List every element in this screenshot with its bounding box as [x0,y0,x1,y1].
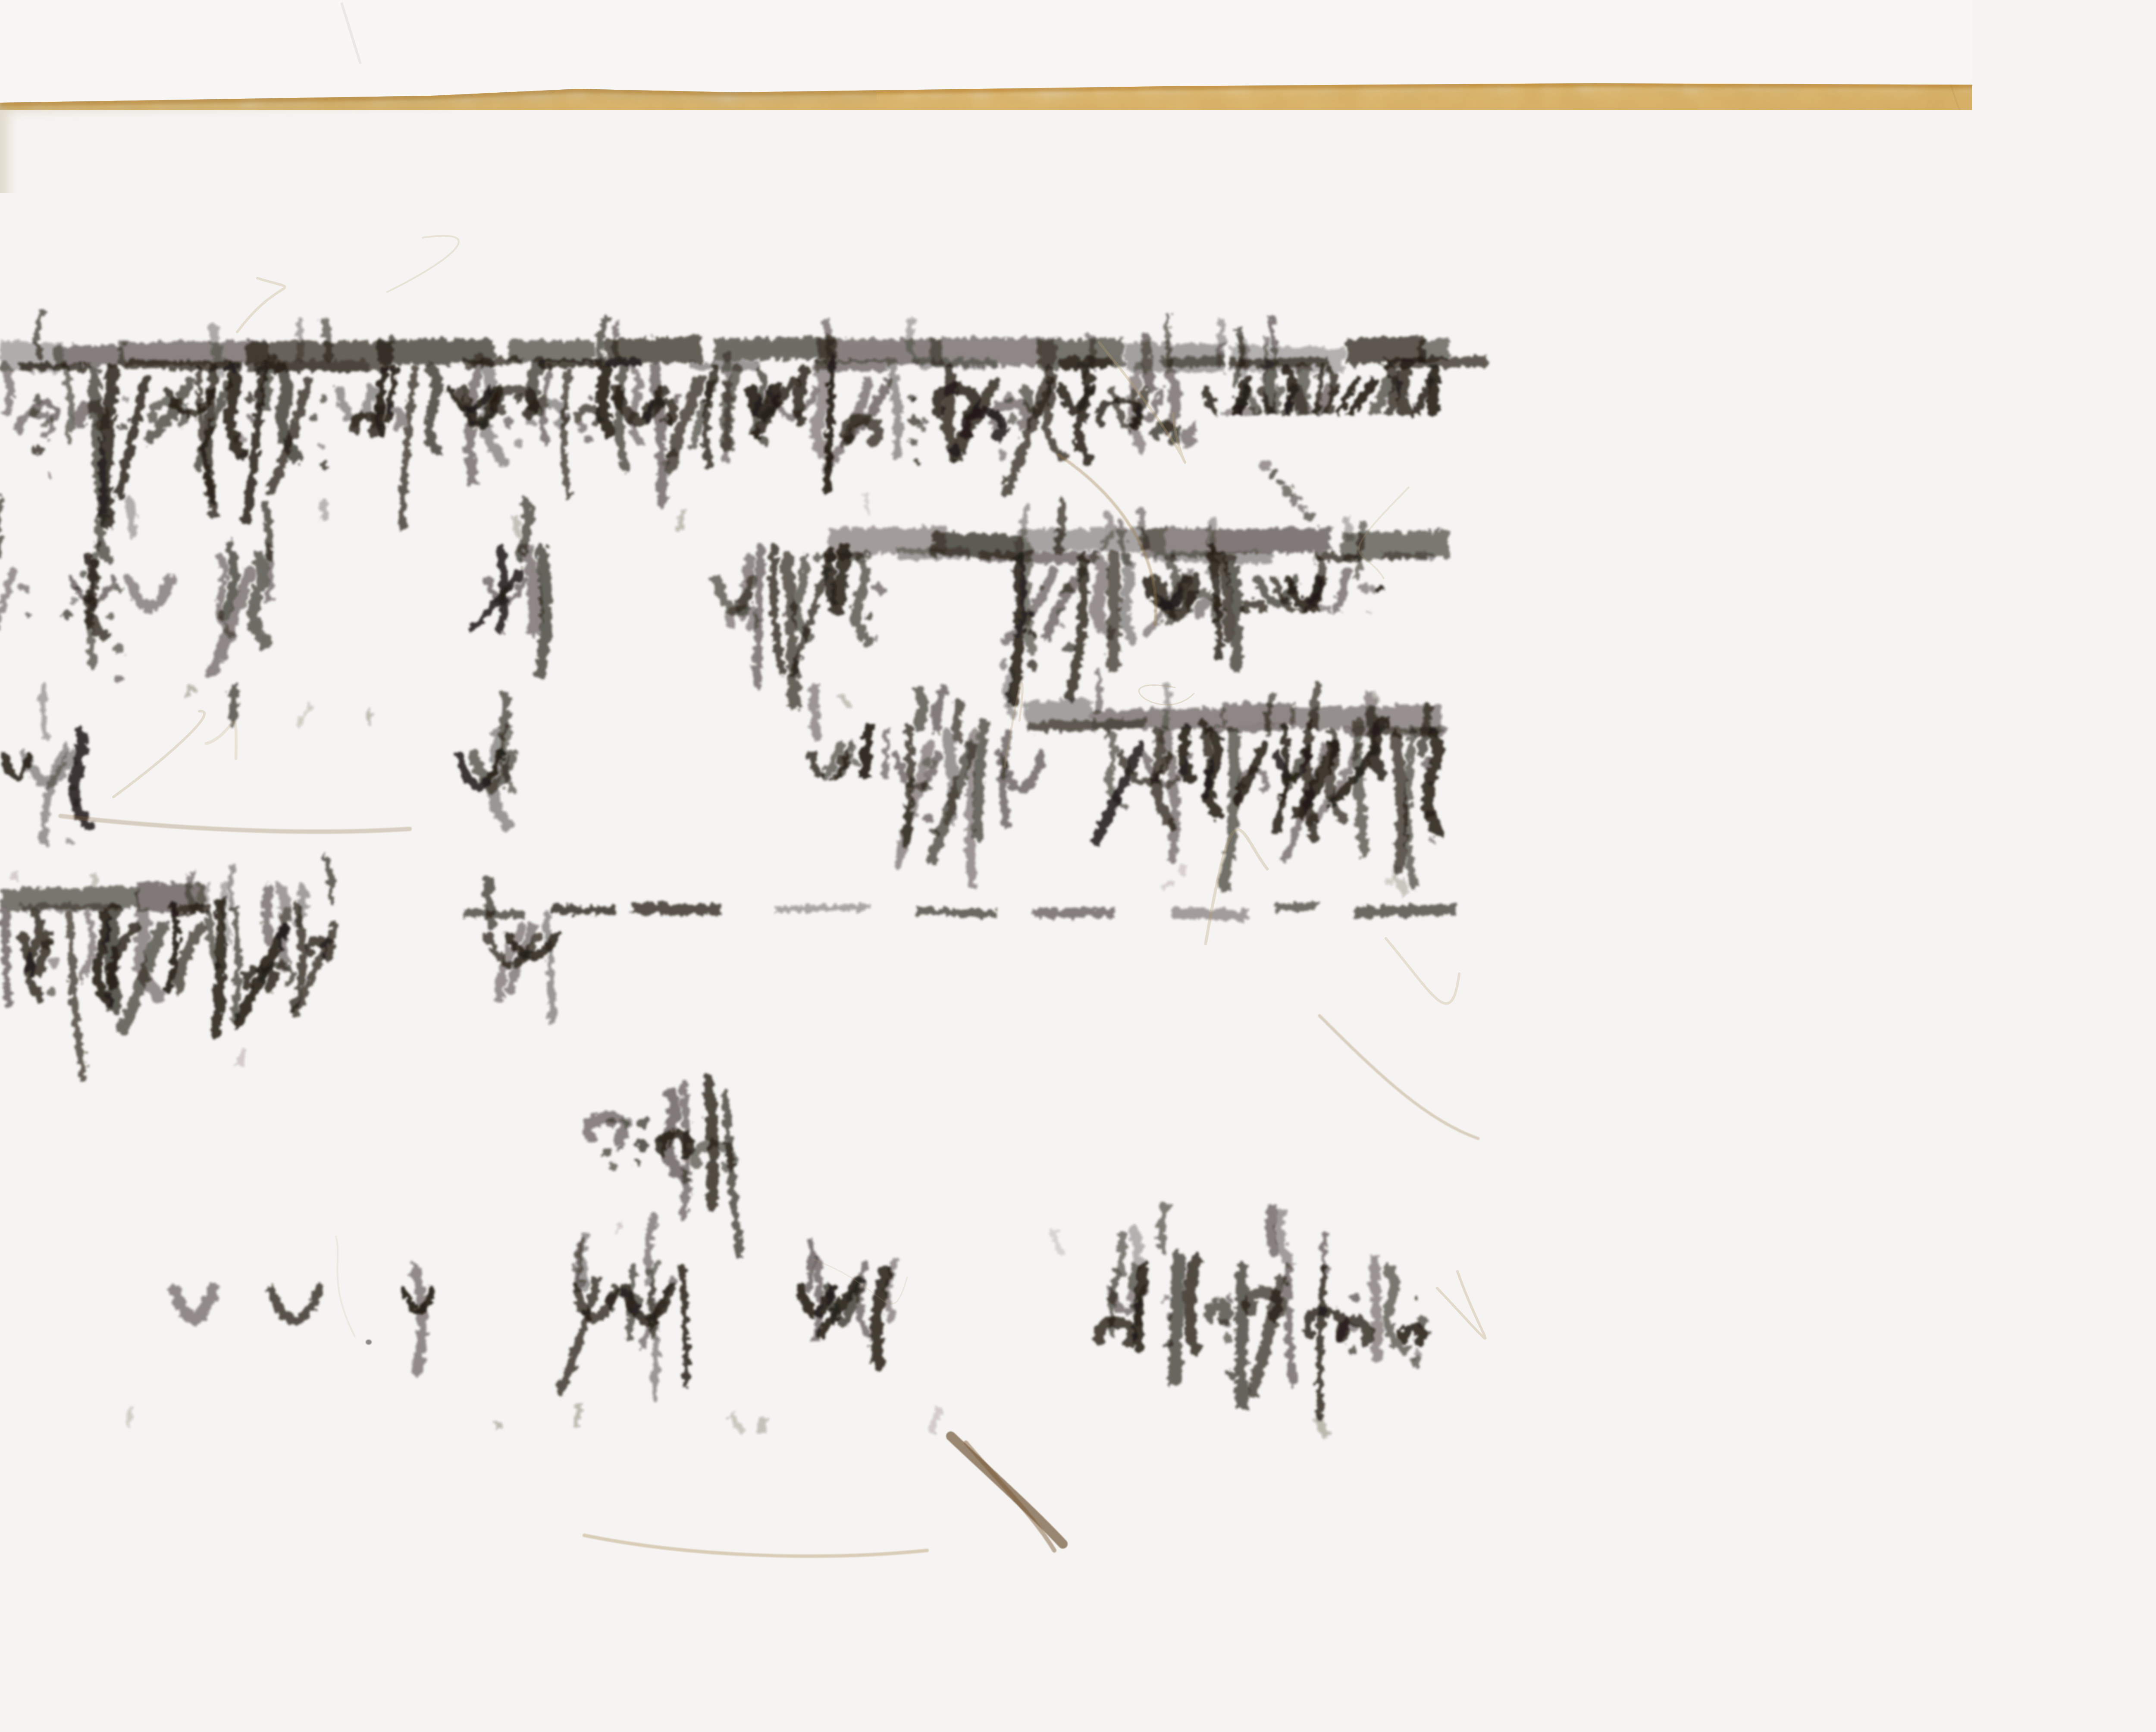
headline-segment [1418,349,1449,352]
glyph-dot [392,809,398,815]
glyph-dot [1428,836,1435,843]
glyph-dot [1007,1294,1014,1301]
stray-mark [94,874,94,888]
glyph-dot [424,958,434,967]
glyph-dot [1227,1370,1236,1379]
speck [1842,493,1853,502]
stray-mark [1182,864,1183,875]
glyph-dot [1009,1311,1016,1319]
glyph-ascender [677,677,683,719]
glyph-ascender [667,530,672,577]
glyph-stroke [757,547,760,684]
glyph-stroke [264,731,265,782]
headline-core [1028,724,1144,727]
glyph-dot [147,1294,154,1302]
glyph-dot [1442,648,1451,656]
headline-segment [233,1078,353,1082]
headline-segment [1290,718,1376,719]
headline-segment [199,894,270,896]
glyph-dot [1225,1334,1233,1343]
glyph-ascender [934,1042,936,1091]
glyph-dot [1220,1317,1231,1327]
headline-segment [1289,902,1398,902]
headline-segment [761,717,893,722]
glyph-dot [1008,414,1018,425]
headline-core [914,363,995,364]
glyph-dot [549,1383,556,1390]
headline-core [1426,1087,1510,1089]
stray-mark [576,1403,580,1429]
glyph-dot [157,1355,164,1362]
headline-core [124,364,241,366]
glyph-stroke [1395,736,1402,869]
glyph-dot [1349,1347,1355,1353]
headline-segment [1028,898,1088,899]
glyph-dot [814,1138,824,1148]
glyph-ascender [886,1065,889,1110]
headline-segment [508,351,594,351]
trail-dot [1276,479,1284,486]
glyph-dot [349,846,358,856]
glyph-stroke [1189,1260,1195,1349]
glyph-stroke [1404,546,1409,623]
glyph-stroke [592,733,597,893]
headline-segment [1390,897,1442,899]
headline-core [339,1262,389,1265]
glyph-dot [34,394,42,403]
headline-core [582,1090,626,1090]
glyph-dot [1000,660,1008,669]
headline-segment [257,718,354,721]
glyph-dot [909,439,915,446]
stray-mark [497,1421,499,1430]
glyph-ascender [765,857,770,899]
glyph-stroke [299,1264,302,1398]
glyph-stroke [472,1096,476,1148]
glyph-dot [756,939,766,949]
glyph-dot [1225,1294,1233,1302]
glyph-dot [639,1118,649,1128]
glyph-ascender [670,888,674,940]
glyph-dot [1029,630,1036,637]
glyph-dot [801,970,806,975]
glyph-dot [515,440,523,448]
glyph-dot [1352,1136,1363,1146]
glyph-dot [546,759,554,767]
headline-segment [829,540,946,541]
glyph-dot [1442,584,1451,593]
glyph-ascender [128,499,133,535]
manuscript-photograph [0,0,2156,1732]
glyph-ascender [254,709,257,746]
glyph-dot [873,635,879,641]
glyph-stroke [433,733,438,879]
trail-dot [1841,272,1850,280]
headline-core [1427,1265,1532,1267]
glyph-ascender [446,510,448,559]
trail-dot [1297,504,1305,511]
glyph-dot [914,396,919,401]
glyph-dot [546,1292,557,1303]
glyph-dot [393,1312,403,1322]
glyph-dot [351,1320,360,1328]
glyph-stroke [708,1082,713,1206]
glyph-dot [694,999,705,1010]
glyph-dot [850,758,859,768]
frame-rule [1570,280,1680,281]
glyph-ascender [693,515,697,560]
glyph-stroke [447,729,451,858]
trail-dot [1830,264,1836,270]
glyph-dot [114,584,122,592]
glyph-ascender [849,885,855,941]
glyph-dot [1046,998,1051,1003]
glyph-ascender [753,689,758,738]
glyph-dot [585,436,591,442]
glyph-ascender [324,323,329,360]
headline-segment [494,900,602,902]
glyph-ascender [57,508,61,552]
glyph-dot [387,1337,395,1346]
glyph-dot [549,1347,555,1353]
stray-mark [1333,496,1333,515]
glyph-stroke [1138,1267,1144,1349]
glyph-dot [366,996,376,1005]
glyph-stroke [941,1090,945,1194]
glyph-dot [1329,1202,1337,1210]
glyph-stroke [1045,1082,1050,1202]
glyph-ascender [712,1228,716,1280]
headline-core [464,361,523,364]
glyph-dot [21,584,30,593]
glyph-dot [119,423,125,430]
glyph-dot [387,1119,395,1127]
headline-segment [1210,540,1331,542]
glyph-ascender [618,889,622,934]
glyph-stroke [958,903,963,962]
frame-rule [1565,1391,1718,1394]
glyph-dot [697,939,707,949]
glyph-dot [1231,1119,1239,1127]
glyph-ascender [503,695,506,736]
glyph-stroke [1242,1268,1243,1411]
glyph-ascender [809,1242,812,1287]
trail-dot [1288,493,1300,505]
glyph-ascender [536,1045,540,1095]
glyph-dot [1336,978,1344,987]
glyph-stroke [613,722,614,844]
glyph-dot [345,1343,351,1349]
glyph-dot [123,395,130,402]
trail-dot [1817,255,1824,263]
glyph-dot [1438,614,1444,620]
glyph-dot [1366,610,1373,618]
glyph-dot [635,816,645,826]
glyph-ascender [918,689,923,725]
glyph-dot [672,394,682,403]
glyph-dot [217,1142,225,1149]
glyph-dot [577,421,588,433]
glyph-dot [46,987,55,996]
glyph-stroke [1125,558,1132,638]
glyph-stroke [865,1092,872,1141]
stray-mark [1376,692,1376,704]
glyph-dot [602,1147,612,1157]
glyph-dot [538,784,545,791]
headline-segment [0,897,139,900]
trail-dot [1303,510,1314,521]
trail-dot [80,571,87,577]
glyph-ascender [1141,511,1146,547]
glyph-dot [514,394,523,403]
glyph-ascender [998,1215,1003,1265]
glyph-dot [247,394,255,403]
glyph-dot [913,459,919,465]
frame-rule [1570,1427,1718,1430]
frame-rule [0,281,1570,291]
speck [1313,1619,1318,1624]
trail-dot [75,585,81,591]
glyph-dot [633,1159,640,1166]
glyph-dot [1359,583,1369,593]
glyph-stroke [789,724,790,857]
glyph-ascender [1122,1235,1123,1274]
headline-segment [0,355,63,359]
headline-segment [98,546,207,547]
glyph-ascender [762,1241,766,1283]
glyph-dot [311,412,319,420]
glyph-stroke [1374,1261,1377,1357]
glyph-dot [1330,940,1338,948]
frame-rule [1565,235,1682,236]
manuscript-photo-svg [0,0,2156,1732]
glyph-dot [806,941,812,947]
trail-dot [1269,470,1277,478]
glyph-stroke [301,1095,307,1174]
glyph-ascender [213,329,219,373]
glyph-dot [1351,1293,1361,1302]
headline-core [552,909,615,911]
glyph-ascender [43,687,47,737]
glyph-stroke [1058,1087,1061,1163]
glyph-dot [337,1318,343,1324]
glyph-stroke [900,1083,902,1220]
stray-mark [761,1418,765,1433]
glyph-stroke [638,910,644,1043]
glyph-ascender [265,505,269,559]
glyph-dot [1041,971,1047,977]
glyph-ascender [1314,686,1317,726]
glyph-ascender [280,888,285,934]
stray-mark [323,499,325,519]
glyph-dot [924,814,933,823]
headline-segment [348,719,476,720]
glyph-stroke [122,1261,127,1390]
glyph-dot [384,1383,393,1393]
trail-dot [1878,297,1887,307]
trail-dot [1855,282,1861,288]
glyph-dot [997,583,1008,593]
glyph-dot [1432,644,1442,653]
headline-core [64,1090,169,1092]
headline-segment [1222,713,1295,715]
glyph-ascender [1098,671,1099,713]
headline-segment [324,1254,398,1255]
glyph-dot [348,758,359,768]
glyph-dot [25,612,31,618]
glyph-ascender [628,679,632,727]
glyph-dot [361,1295,367,1301]
glyph-stroke [837,548,844,601]
glyph-dot [343,1294,350,1301]
frame-right-bar [1466,319,1651,1320]
glyph-ascender [723,1041,727,1094]
speck [572,941,579,946]
glyph-dot [49,958,60,968]
glyph-dot [924,758,935,768]
glyph-dot [247,416,254,423]
glyph-dot [1058,622,1065,629]
glyph-dot [588,395,594,402]
glyph-ascender [1127,1054,1128,1090]
glyph-ascender [814,687,817,737]
glyph-ascender [1298,885,1302,921]
glyph-stroke [1175,1257,1179,1379]
glyph-stroke [368,726,370,857]
glyph-ascender [1037,1068,1038,1104]
glyph-dot [319,443,325,449]
speck [1965,245,1972,250]
glyph-stroke [1319,911,1326,1002]
glyph-ascender [1207,1051,1210,1096]
headline-segment [211,543,299,547]
glyph-stroke [1429,908,1432,974]
glyph-dot [235,434,244,444]
glyph-ascender [1072,1233,1077,1283]
headline-core [551,1266,626,1267]
glyph-dot [1356,1118,1365,1128]
glyph-stroke [918,551,921,671]
speck [366,1340,372,1345]
glyph-dot [804,1179,813,1188]
trail-dot [83,555,94,566]
headline-segment [344,1075,408,1077]
glyph-dot [395,1141,403,1149]
glyph-stroke [1428,548,1435,596]
headline-segment [824,1254,898,1258]
glyph-ascender [744,1063,749,1117]
glyph-ascender [524,709,528,751]
glyph-ascender [1212,522,1214,575]
glyph-ascender [7,1042,11,1091]
glyph-dot [765,970,773,977]
glyph-dot [148,1312,157,1321]
glyph-dot [745,960,752,967]
glyph-dot [1416,1316,1427,1327]
glyph-dot [804,1120,809,1126]
glyph-dot [552,1146,559,1153]
glyph-ascender [357,865,361,920]
glyph-stroke [602,370,609,430]
headline-core [108,556,228,559]
glyph-stroke [408,1082,412,1183]
headline-segment [606,715,709,715]
glyph-dot [426,940,433,948]
trail-dot [63,610,71,619]
headline-segment [914,895,1018,899]
glyph-dot [1356,628,1366,639]
glyph-ascender [1058,502,1063,551]
glyph-dot [370,940,378,948]
glyph-dot [1382,634,1391,644]
headline-segment [932,543,1023,547]
glyph-dot [107,613,115,621]
trail-dot [1260,460,1271,471]
glyph-stroke [683,1083,686,1217]
frame-rule [0,236,1565,254]
glyph-stroke [540,549,546,674]
glyph-dot [1387,614,1395,622]
speck [503,177,511,183]
headline-segment [1339,1246,1436,1249]
headline-segment [137,897,205,899]
glyph-dot [1411,1357,1420,1366]
glyph-dot [346,808,356,818]
headline-segment [115,715,176,719]
glyph-ascender [918,853,920,894]
glyph-dot [594,993,602,1001]
headline-core [1120,1086,1200,1088]
glyph-dot [1163,1294,1169,1301]
glyph-dot [219,1118,229,1128]
glyph-stroke [866,727,870,810]
headline-core [19,366,91,368]
glyph-dot [503,417,514,427]
glyph-stroke [42,562,42,673]
glyph-ascender [233,686,235,723]
trail-dot [69,597,76,605]
glyph-dot [46,473,51,478]
glyph-dot [435,1000,441,1006]
speck [1930,1371,1937,1377]
headline-core [1015,1263,1091,1264]
glyph-ascender [1270,1209,1274,1252]
glyph-dot [34,446,43,455]
glyph-dot [653,996,663,1006]
glyph-stroke [629,1266,633,1339]
headline-segment [367,543,501,545]
glyph-stroke [106,368,113,524]
studio-backdrop [342,3,360,64]
glyph-dot [393,1171,404,1183]
trail-dot [1866,289,1874,297]
glyph-dot [42,420,49,427]
glyph-dot [1414,1295,1420,1300]
glyph-dot [321,463,328,470]
glyph-dot [537,1310,547,1320]
glyph-dot [1375,612,1382,620]
glyph-dot [1064,641,1075,653]
glyph-dot [318,394,328,403]
glyph-dot [998,450,1008,460]
glyph-dot [1330,1162,1336,1168]
headline-core [1355,909,1457,912]
glyph-dot [617,1146,623,1151]
glyph-dot [221,1187,228,1194]
glyph-ascender [581,1236,586,1286]
glyph-dot [1373,631,1380,639]
ghost-smudge [1978,1225,2023,1320]
